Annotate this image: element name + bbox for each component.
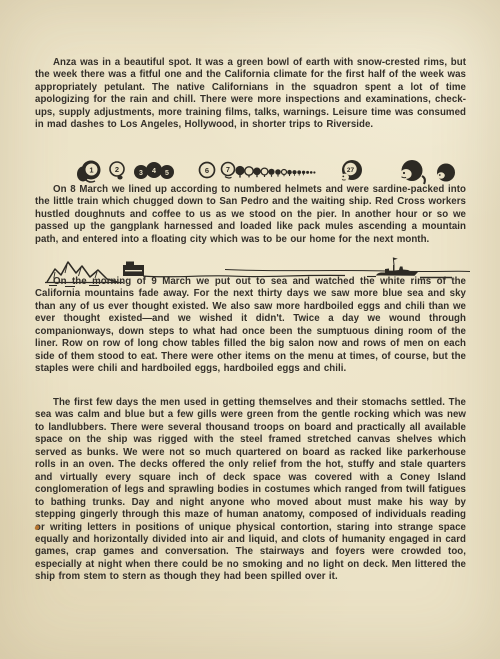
helmet-6-icon: 6 bbox=[200, 163, 215, 178]
svg-text:5: 5 bbox=[165, 170, 169, 177]
helmet-3-icon: 3 bbox=[134, 165, 148, 179]
paragraph-shipboard-life: The first few days the men used in getti… bbox=[35, 397, 466, 584]
train-icon bbox=[123, 262, 144, 277]
scanned-page: Anza was in a beautiful spot. It was a g… bbox=[0, 0, 500, 659]
paragraph-anza-week: Anza was in a beautiful spot. It was a g… bbox=[35, 57, 466, 132]
svg-text:4: 4 bbox=[152, 166, 156, 175]
numbered-helmets-cartoon: 1 2 3 4 5 bbox=[75, 158, 465, 186]
svg-text:7: 7 bbox=[226, 167, 230, 174]
helmet-lineup-icon: 1 2 3 4 5 bbox=[75, 158, 465, 186]
svg-text:6: 6 bbox=[205, 166, 209, 175]
helmet-2-icon: 2 bbox=[110, 162, 124, 180]
ship-icon bbox=[367, 258, 418, 277]
helmet-5-icon: 5 bbox=[160, 165, 174, 179]
helmet-1-icon: 1 bbox=[77, 161, 101, 183]
svg-text:1: 1 bbox=[89, 166, 93, 175]
diminishing-helmets-icon bbox=[235, 166, 315, 178]
paragraph-boarding: On 8 March we lined up according to numb… bbox=[35, 184, 466, 246]
helmet-4-icon: 4 bbox=[146, 162, 162, 178]
soldier-head-large-icon bbox=[400, 160, 424, 184]
svg-text:3: 3 bbox=[139, 170, 143, 177]
helmet-27-icon: 27 bbox=[341, 160, 362, 180]
svg-text:27: 27 bbox=[347, 167, 355, 174]
helmet-7-icon: 7 bbox=[222, 163, 235, 178]
svg-text:2: 2 bbox=[115, 165, 119, 174]
paragraph-at-sea: On the morning of 9 March we put out to … bbox=[35, 276, 466, 376]
soldier-head-small-icon bbox=[437, 164, 455, 182]
